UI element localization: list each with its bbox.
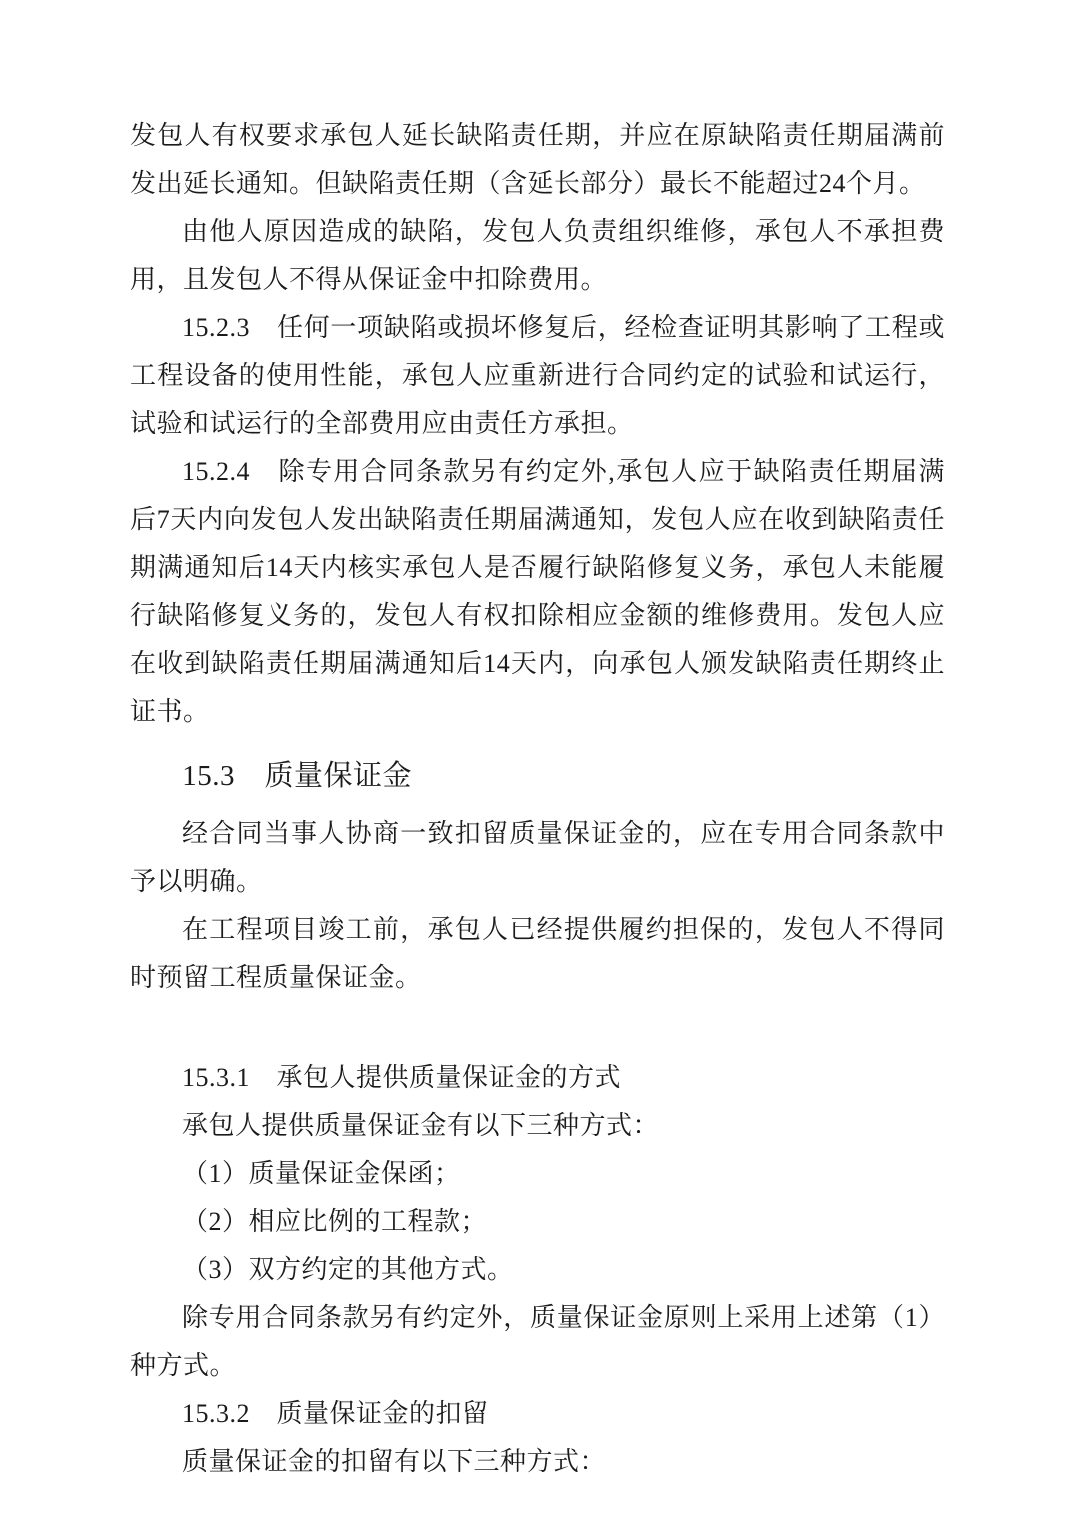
- document-page: 发包人有权要求承包人延长缺陷责任期，并应在原缺陷责任期届满前发出延长通知。但缺陷…: [0, 0, 1074, 1520]
- paragraph-continuation: 发包人有权要求承包人延长缺陷责任期，并应在原缺陷责任期届满前发出延长通知。但缺陷…: [130, 112, 945, 208]
- paragraph: 除专用合同条款另有约定外，质量保证金原则上采用上述第（1）种方式。: [130, 1294, 945, 1390]
- list-item-1: （1）质量保证金保函；: [130, 1150, 945, 1198]
- list-item-2: （2）相应比例的工程款；: [130, 1198, 945, 1246]
- paragraph-clause-15-2-3: 15.2.3 任何一项缺陷或损坏修复后，经检查证明其影响了工程或工程设备的使用性…: [130, 304, 945, 448]
- paragraph: 经合同当事人协商一致扣留质量保证金的，应在专用合同条款中予以明确。: [130, 810, 945, 906]
- paragraph-clause-15-3-1: 15.3.1 承包人提供质量保证金的方式: [130, 1054, 945, 1102]
- paragraph: 承包人提供质量保证金有以下三种方式：: [130, 1102, 945, 1150]
- paragraph: 质量保证金的扣留有以下三种方式：: [130, 1438, 945, 1486]
- paragraph: 由他人原因造成的缺陷，发包人负责组织维修，承包人不承担费用，且发包人不得从保证金…: [130, 208, 945, 304]
- list-item-3: （3）双方约定的其他方式。: [130, 1246, 945, 1294]
- section-heading-15-3: 15.3 质量保证金: [130, 752, 945, 800]
- paragraph-clause-15-2-4: 15.2.4 除专用合同条款另有约定外,承包人应于缺陷责任期届满后7天内向发包人…: [130, 448, 945, 736]
- document-body: 发包人有权要求承包人延长缺陷责任期，并应在原缺陷责任期届满前发出延长通知。但缺陷…: [130, 112, 945, 1486]
- paragraph-clause-15-3-2: 15.3.2 质量保证金的扣留: [130, 1390, 945, 1438]
- paragraph: 在工程项目竣工前，承包人已经提供履约担保的，发包人不得同时预留工程质量保证金。: [130, 906, 945, 1002]
